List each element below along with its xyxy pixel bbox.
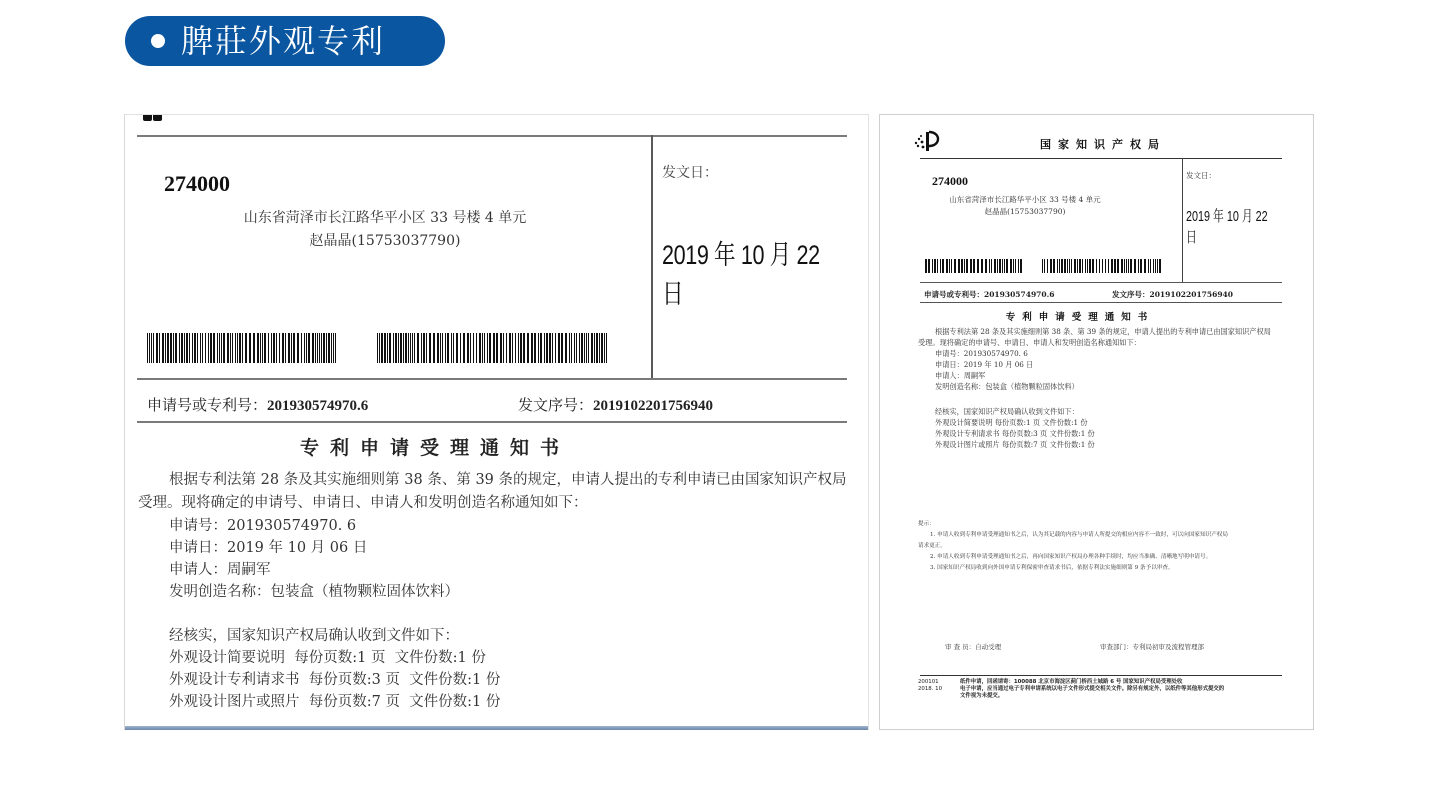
recipient: 赵晶晶(15753037790) xyxy=(125,230,645,250)
serial-number: 发文序号：2019102201756940 xyxy=(518,394,713,415)
divider xyxy=(920,675,1282,676)
tip-2: 2. 申请人收到专利申请受理通知书之后，再向国家知识产权局办理各种手续时，均应当… xyxy=(930,552,1211,563)
footer-line-3: 文件视为未提交。 xyxy=(960,693,1003,700)
received-intro: 经核实，国家知识产权局确认收到文件如下： xyxy=(935,407,1079,418)
received-intro: 经核实，国家知识产权局确认收到文件如下： xyxy=(169,625,459,647)
tip-1-cont: 请求更正。 xyxy=(918,541,946,552)
field-application-no: 申请号：201930574970. 6 xyxy=(169,515,356,537)
postal-code: 274000 xyxy=(932,174,968,189)
footer-line-1: 纸件申请，回函请寄：100088 北京市海淀区蓟门桥西土城路 6 号 国家知识产… xyxy=(960,679,1182,686)
department: 审查部门：专利局初审及流程管理部 xyxy=(1100,642,1204,653)
divider xyxy=(920,158,1282,159)
tip-3: 3. 国家知识产权局收到向外国申请专利保密审查请求书后，依据专利法实施细则第 9… xyxy=(930,563,1174,574)
cnipa-logo-icon xyxy=(140,115,164,121)
issue-date: 2019 年 10 月 22 日 xyxy=(1186,205,1277,247)
intro-line-1: 根据专利法第 28 条及其实施细则第 38 条、第 39 条的规定，申请人提出的… xyxy=(169,469,847,491)
barcode-right xyxy=(377,333,607,363)
recipient: 赵晶晶(15753037790) xyxy=(900,206,1150,217)
received-file-row: 外观设计图片或照片 每份页数:7 页 文件份数:1 份 xyxy=(935,440,1095,451)
form-version: 2018. 10 xyxy=(918,686,942,693)
notice-heading: 专利申请受理通知书 xyxy=(125,433,745,460)
notice-document-zoomed[interactable]: 274000 山东省菏泽市长江路华平小区 33 号楼 4 单元 赵晶晶(1575… xyxy=(124,114,869,730)
examiner: 审 查 员：自动受理 xyxy=(945,642,1001,653)
divider xyxy=(920,282,1282,283)
divider xyxy=(137,421,847,423)
divider xyxy=(651,135,653,379)
received-file-row: 外观设计简要说明 每份页数:1 页 文件份数:1 份 xyxy=(935,418,1088,429)
field-invention-title: 发明创造名称：包装盒（植物颗粒固体饮料） xyxy=(169,581,459,603)
intro-line-2: 受理。现将确定的申请号、申请日、申请人和发明创造名称通知如下： xyxy=(918,338,1141,349)
issue-date-label: 发文日： xyxy=(1186,170,1216,181)
address-line: 山东省菏泽市长江路华平小区 33 号楼 4 单元 xyxy=(900,194,1150,205)
field-applicant: 申请人：周嗣军 xyxy=(169,559,271,581)
issue-date: 2019 年 10 月 22 日 xyxy=(662,233,827,311)
field-applicant: 申请人：周嗣军 xyxy=(935,371,985,382)
postal-code: 274000 xyxy=(164,171,230,197)
footer-line-2: 电子申请，应当通过电子专利申请系统以电子文件形式提交相关文件。除另有规定外，以纸… xyxy=(960,686,1224,693)
notice-document-full[interactable]: 国家知识产权局 274000 山东省菏泽市长江路华平小区 33 号楼 4 单元 … xyxy=(879,114,1314,730)
divider xyxy=(137,378,847,380)
application-number: 申请号或专利号：201930574970.6 xyxy=(147,394,368,415)
field-application-date: 申请日：2019 年 10 月 06 日 xyxy=(935,360,1033,371)
form-code: 200101 xyxy=(918,679,939,686)
dot-bullet-icon xyxy=(151,34,165,48)
field-application-no: 申请号：201930574970. 6 xyxy=(935,349,1028,360)
divider xyxy=(137,135,847,137)
tip-1: 1. 申请人收到专利申请受理通知书之后，认为其记载的内容与申请人所提交的相应内容… xyxy=(930,530,1228,541)
issue-date-label: 发文日： xyxy=(662,162,718,182)
serial-number: 发文序号：2019102201756940 xyxy=(1112,289,1233,300)
intro-line-2: 受理。现将确定的申请号、申请日、申请人和发明创造名称通知如下： xyxy=(138,492,588,514)
received-file-row: 外观设计专利请求书 每份页数:3 页 文件份数:1 份 xyxy=(169,669,500,691)
received-file-row: 外观设计图片或照片 每份页数:7 页 文件份数:1 份 xyxy=(169,691,500,713)
divider xyxy=(1182,158,1183,282)
divider xyxy=(920,302,1282,303)
field-invention-title: 发明创造名称：包装盒（植物颗粒固体饮料） xyxy=(935,382,1079,393)
tips-label: 提示： xyxy=(918,519,935,530)
barcode-left xyxy=(147,333,337,363)
field-application-date: 申请日：2019 年 10 月 06 日 xyxy=(169,537,367,559)
received-file-row: 外观设计简要说明 每份页数:1 页 文件份数:1 份 xyxy=(169,647,486,669)
address-line: 山东省菏泽市长江路华平小区 33 号楼 4 单元 xyxy=(125,207,645,227)
application-number: 申请号或专利号：201930574970.6 xyxy=(924,289,1054,300)
cnipa-logo-icon xyxy=(913,129,947,153)
issuer-name: 国家知识产权局 xyxy=(1040,136,1166,152)
page-edge-shadow xyxy=(125,726,868,730)
section-title: 脾莊外观专利 xyxy=(181,25,385,57)
notice-heading: 专利申请受理通知书 xyxy=(930,309,1230,323)
barcode-right xyxy=(1042,259,1160,273)
received-file-row: 外观设计专利请求书 每份页数:3 页 文件份数:1 份 xyxy=(935,429,1095,440)
section-header-pill: 脾莊外观专利 xyxy=(125,16,445,66)
intro-line-1: 根据专利法第 28 条及其实施细则第 38 条、第 39 条的规定，申请人提出的… xyxy=(935,327,1271,338)
barcode-left xyxy=(925,259,1023,273)
